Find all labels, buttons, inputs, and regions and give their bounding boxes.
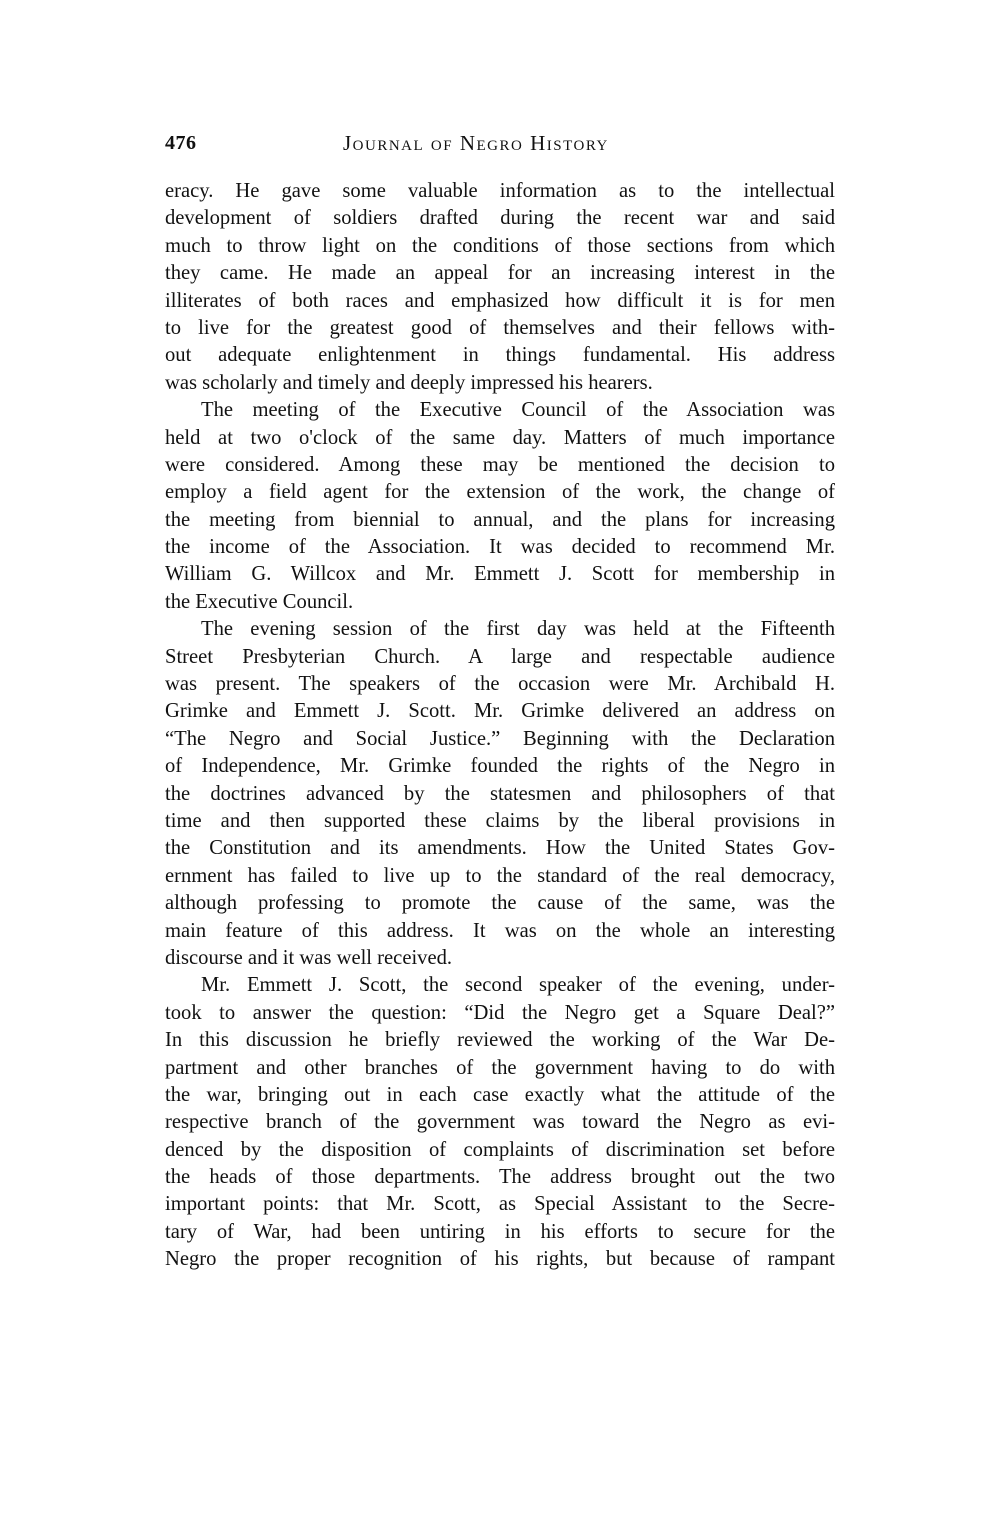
- journal-title: Journal of Negro History: [343, 128, 609, 158]
- text-line: discourse and it was well received.: [165, 945, 835, 972]
- text-line: was scholarly and timely and deeply impr…: [165, 370, 835, 397]
- text-line-content: Mr. Emmett J. Scott, the second speaker …: [201, 974, 835, 996]
- text-line: development of soldiers drafted during t…: [165, 205, 835, 232]
- text-line: the doctrines advanced by the statesmen …: [165, 781, 835, 808]
- text-line: tary of War, had been untiring in his ef…: [165, 1219, 835, 1246]
- text-line: to live for the greatest good of themsel…: [165, 315, 835, 342]
- text-line: held at two o'clock of the same day. Mat…: [165, 425, 835, 452]
- text-line: ernment has failed to live up to the sta…: [165, 863, 835, 890]
- journal-page: 476 Journal of Negro History eracy. He g…: [165, 128, 835, 1274]
- paragraph: The evening session of the first day was…: [165, 616, 835, 972]
- text-line: eracy. He gave some valuable information…: [165, 178, 835, 205]
- text-line: the war, bringing out in each case exact…: [165, 1082, 835, 1109]
- text-line: illiterates of both races and emphasized…: [165, 288, 835, 315]
- text-line: the heads of those departments. The addr…: [165, 1164, 835, 1191]
- text-line: Mr. Emmett J. Scott, the second speaker …: [165, 972, 835, 999]
- text-line: In this discussion he briefly reviewed t…: [165, 1027, 835, 1054]
- text-line: Grimke and Emmett J. Scott. Mr. Grimke d…: [165, 698, 835, 725]
- text-line: denced by the disposition of complaints …: [165, 1137, 835, 1164]
- page-number: 476: [165, 128, 197, 158]
- text-line: William G. Willcox and Mr. Emmett J. Sco…: [165, 561, 835, 588]
- text-line: the Constitution and its amendments. How…: [165, 835, 835, 862]
- paragraph: The meeting of the Executive Council of …: [165, 397, 835, 616]
- body-text: eracy. He gave some valuable information…: [165, 178, 835, 1274]
- text-line: the meeting from biennial to annual, and…: [165, 507, 835, 534]
- text-line: employ a field agent for the extension o…: [165, 479, 835, 506]
- text-line: were considered. Among these may be ment…: [165, 452, 835, 479]
- paragraph: Mr. Emmett J. Scott, the second speaker …: [165, 972, 835, 1273]
- text-line: took to answer the question: “Did the Ne…: [165, 1000, 835, 1027]
- text-line: although professing to promote the cause…: [165, 890, 835, 917]
- text-line: partment and other branches of the gover…: [165, 1055, 835, 1082]
- text-line: the income of the Association. It was de…: [165, 534, 835, 561]
- text-line: The meeting of the Executive Council of …: [165, 397, 835, 424]
- text-line: was present. The speakers of the occasio…: [165, 671, 835, 698]
- text-line: respective branch of the government was …: [165, 1109, 835, 1136]
- text-line: of Independence, Mr. Grimke founded the …: [165, 753, 835, 780]
- paragraph: eracy. He gave some valuable information…: [165, 178, 835, 397]
- text-line: they came. He made an appeal for an incr…: [165, 260, 835, 287]
- text-line: main feature of this address. It was on …: [165, 918, 835, 945]
- text-line: “The Negro and Social Justice.” Beginnin…: [165, 726, 835, 753]
- text-line: Negro the proper recognition of his righ…: [165, 1246, 835, 1273]
- text-line: the Executive Council.: [165, 589, 835, 616]
- text-line-content: The evening session of the first day was…: [201, 618, 835, 640]
- text-line: much to throw light on the conditions of…: [165, 233, 835, 260]
- text-line: Street Presbyterian Church. A large and …: [165, 644, 835, 671]
- text-line: time and then supported these claims by …: [165, 808, 835, 835]
- text-line: The evening session of the first day was…: [165, 616, 835, 643]
- text-line-content: The meeting of the Executive Council of …: [201, 399, 835, 421]
- text-line: out adequate enlightenment in things fun…: [165, 342, 835, 369]
- text-line: important points: that Mr. Scott, as Spe…: [165, 1191, 835, 1218]
- running-head: 476 Journal of Negro History: [165, 128, 835, 158]
